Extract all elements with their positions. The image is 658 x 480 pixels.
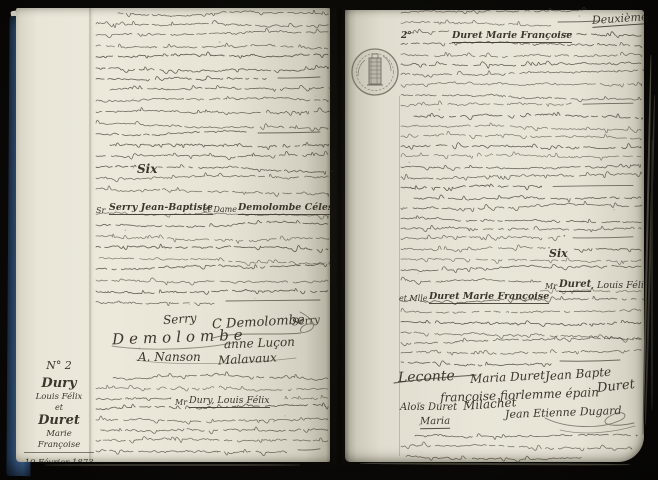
margin-act-note: N° 2 Dury Louis Félix et Duret Marie Fra… (24, 359, 94, 462)
act1-groom-name: Serry Jean-Baptiste (109, 203, 213, 215)
signature: Jean Etienne Dugard (505, 405, 622, 420)
signature: Leconte (398, 369, 455, 385)
signature: Duret (596, 378, 635, 395)
emphasis-word-six: Six (549, 248, 568, 259)
register-photograph: Six Sr Serry Jean-Baptiste et Dame Demol… (0, 0, 658, 480)
margin-act-number: N° 2 (24, 359, 94, 373)
cited-name: Duret Marie Françoise (452, 31, 572, 43)
signature: Serry (163, 312, 197, 326)
conclusion-groom-given: , Louis Félix (591, 281, 644, 291)
act2-prefix: Mr (175, 399, 187, 407)
act1-bride-name: Demolombe Célestine (238, 203, 330, 215)
left-page: Six Sr Serry Jean-Baptiste et Dame Demol… (16, 8, 330, 462)
conclusion-prefix: Mr (545, 283, 557, 291)
conclusion-connector: et Mlle (399, 295, 428, 303)
emphasis-word-six: Six (137, 163, 157, 175)
page-stack-edge (360, 462, 630, 465)
signature: Maria (420, 417, 450, 430)
item-number: 2° (401, 32, 412, 41)
act2-name: Dury, Louis Félix (189, 396, 270, 408)
page-header-word: Deuxième (592, 11, 644, 28)
margin-bride-given: Marie Françoise (24, 429, 94, 453)
conclusion-groom-surname: Duret (559, 280, 591, 292)
signature: Aloïs Duret (400, 403, 457, 413)
signature: Serry (292, 316, 321, 329)
signature: Maria Duret (470, 369, 546, 385)
right-page: Deuxième 2° Duret Marie Françoise Six Mr… (345, 10, 644, 462)
signature: Malavaux (218, 351, 277, 366)
conclusion-bride-name: Duret Marie Françoise (429, 292, 549, 304)
signature: anne Luçon (224, 336, 295, 350)
signature: A. Nanson (138, 351, 201, 363)
revenue-stamp-icon (350, 47, 400, 97)
margin-groom-given: Louis Félix (24, 392, 94, 403)
page-stack-edge (45, 464, 300, 466)
page-stack-edge (651, 140, 653, 410)
margin-date: 10 Février 1873 (24, 458, 94, 462)
act1-connector: et Dame (203, 206, 237, 214)
margin-connector: et (24, 403, 94, 413)
margin-bride-surname: Duret (24, 413, 94, 429)
margin-groom-surname: Dury (24, 376, 94, 392)
act1-prefix: Sr (96, 207, 105, 215)
